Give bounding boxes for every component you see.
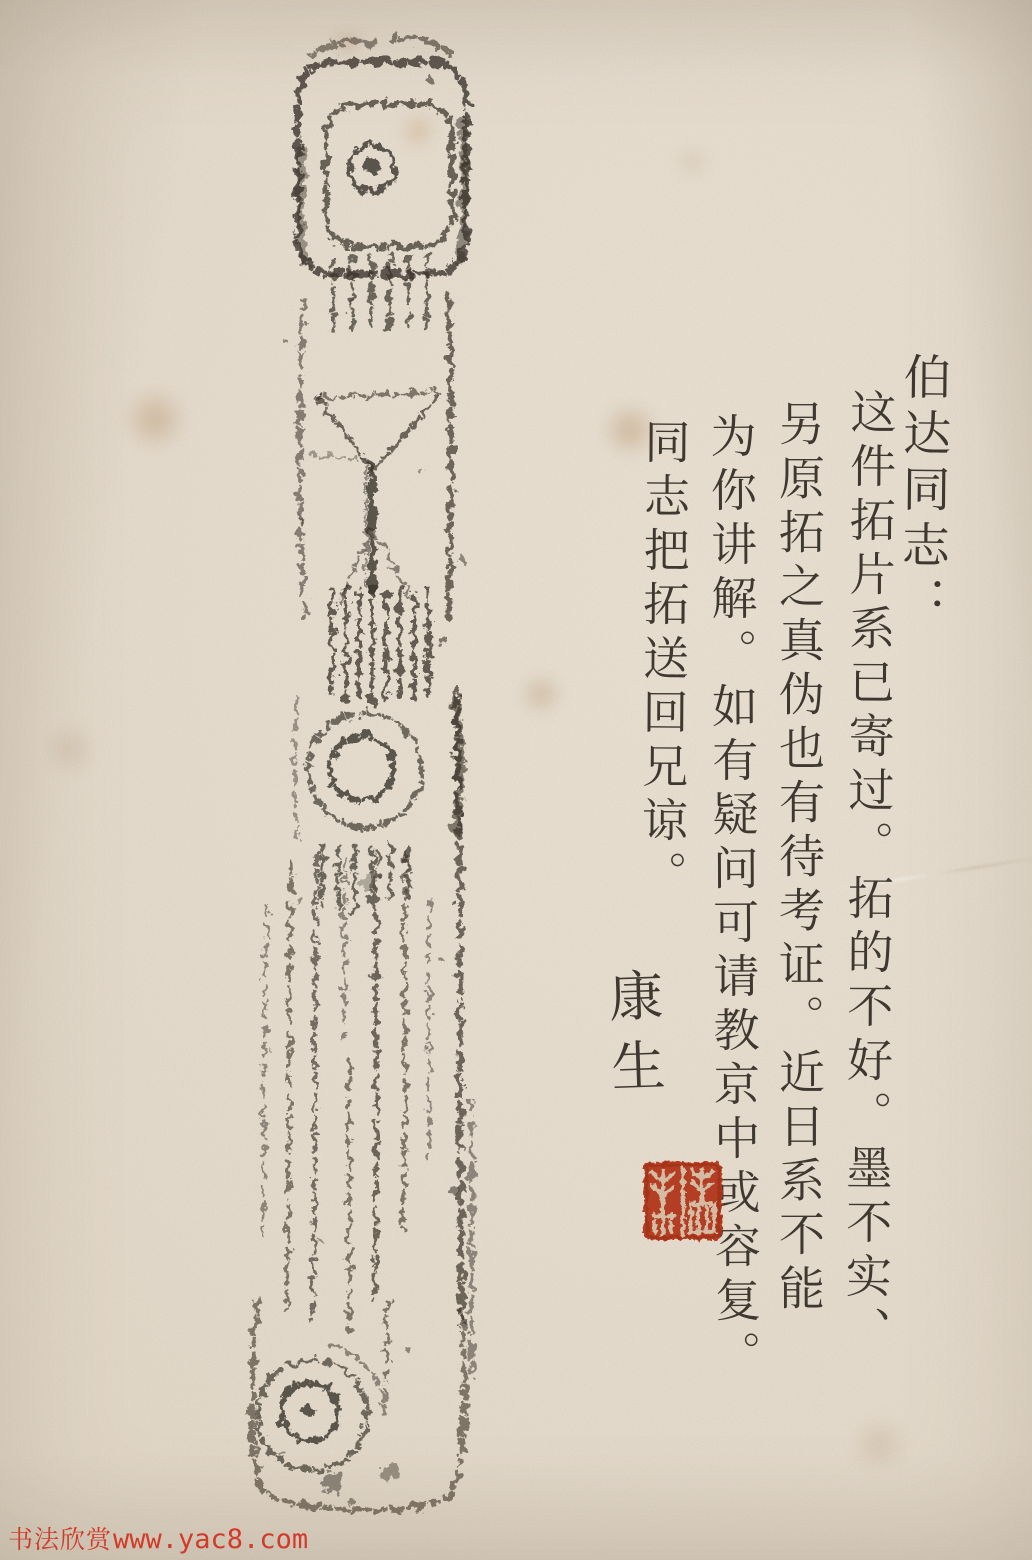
- rubbing-striations: [332, 588, 428, 704]
- rubbing-lattice-motif: [300, 295, 451, 620]
- paper-stain: [48, 716, 92, 782]
- watermark-site-url: www.yac8.com: [113, 1524, 308, 1555]
- letter-column-3: 另原拓之真伪也有待考证。近日系不能: [776, 400, 822, 1318]
- letter-column-5: 同志把拓送回兄谅。: [638, 418, 687, 904]
- scanned-artwork-page: 伯达同志： 这件拓片系已寄过。拓的不好。墨不实、 另原拓之真伪也有待考证。近日系…: [0, 0, 1032, 1560]
- watermark-site-name: 书法欣赏: [8, 1520, 112, 1556]
- paper-stain: [672, 146, 712, 178]
- paper-stain: [516, 672, 566, 716]
- rubbing-illustration: [180, 20, 500, 1540]
- letter-column-2: 这件拓片系已寄过。拓的不好。墨不实、: [842, 388, 893, 1360]
- letter-column-1: 伯达同志：: [897, 352, 948, 632]
- rubbing-striations: [322, 845, 408, 910]
- artist-seal: [641, 1158, 725, 1244]
- rubbing-ink-specks: [268, 77, 467, 1506]
- rubbing-bottom-motif: [252, 1300, 465, 1510]
- rubbing-circle-motif: [294, 700, 460, 845]
- rubbing-striations: [333, 255, 427, 332]
- site-watermark: 书法欣赏 www.yac8.com: [8, 1520, 308, 1556]
- rubbing-top-motif: [298, 38, 466, 274]
- signature: 康生: [604, 967, 663, 1109]
- paper-stain: [846, 1420, 912, 1468]
